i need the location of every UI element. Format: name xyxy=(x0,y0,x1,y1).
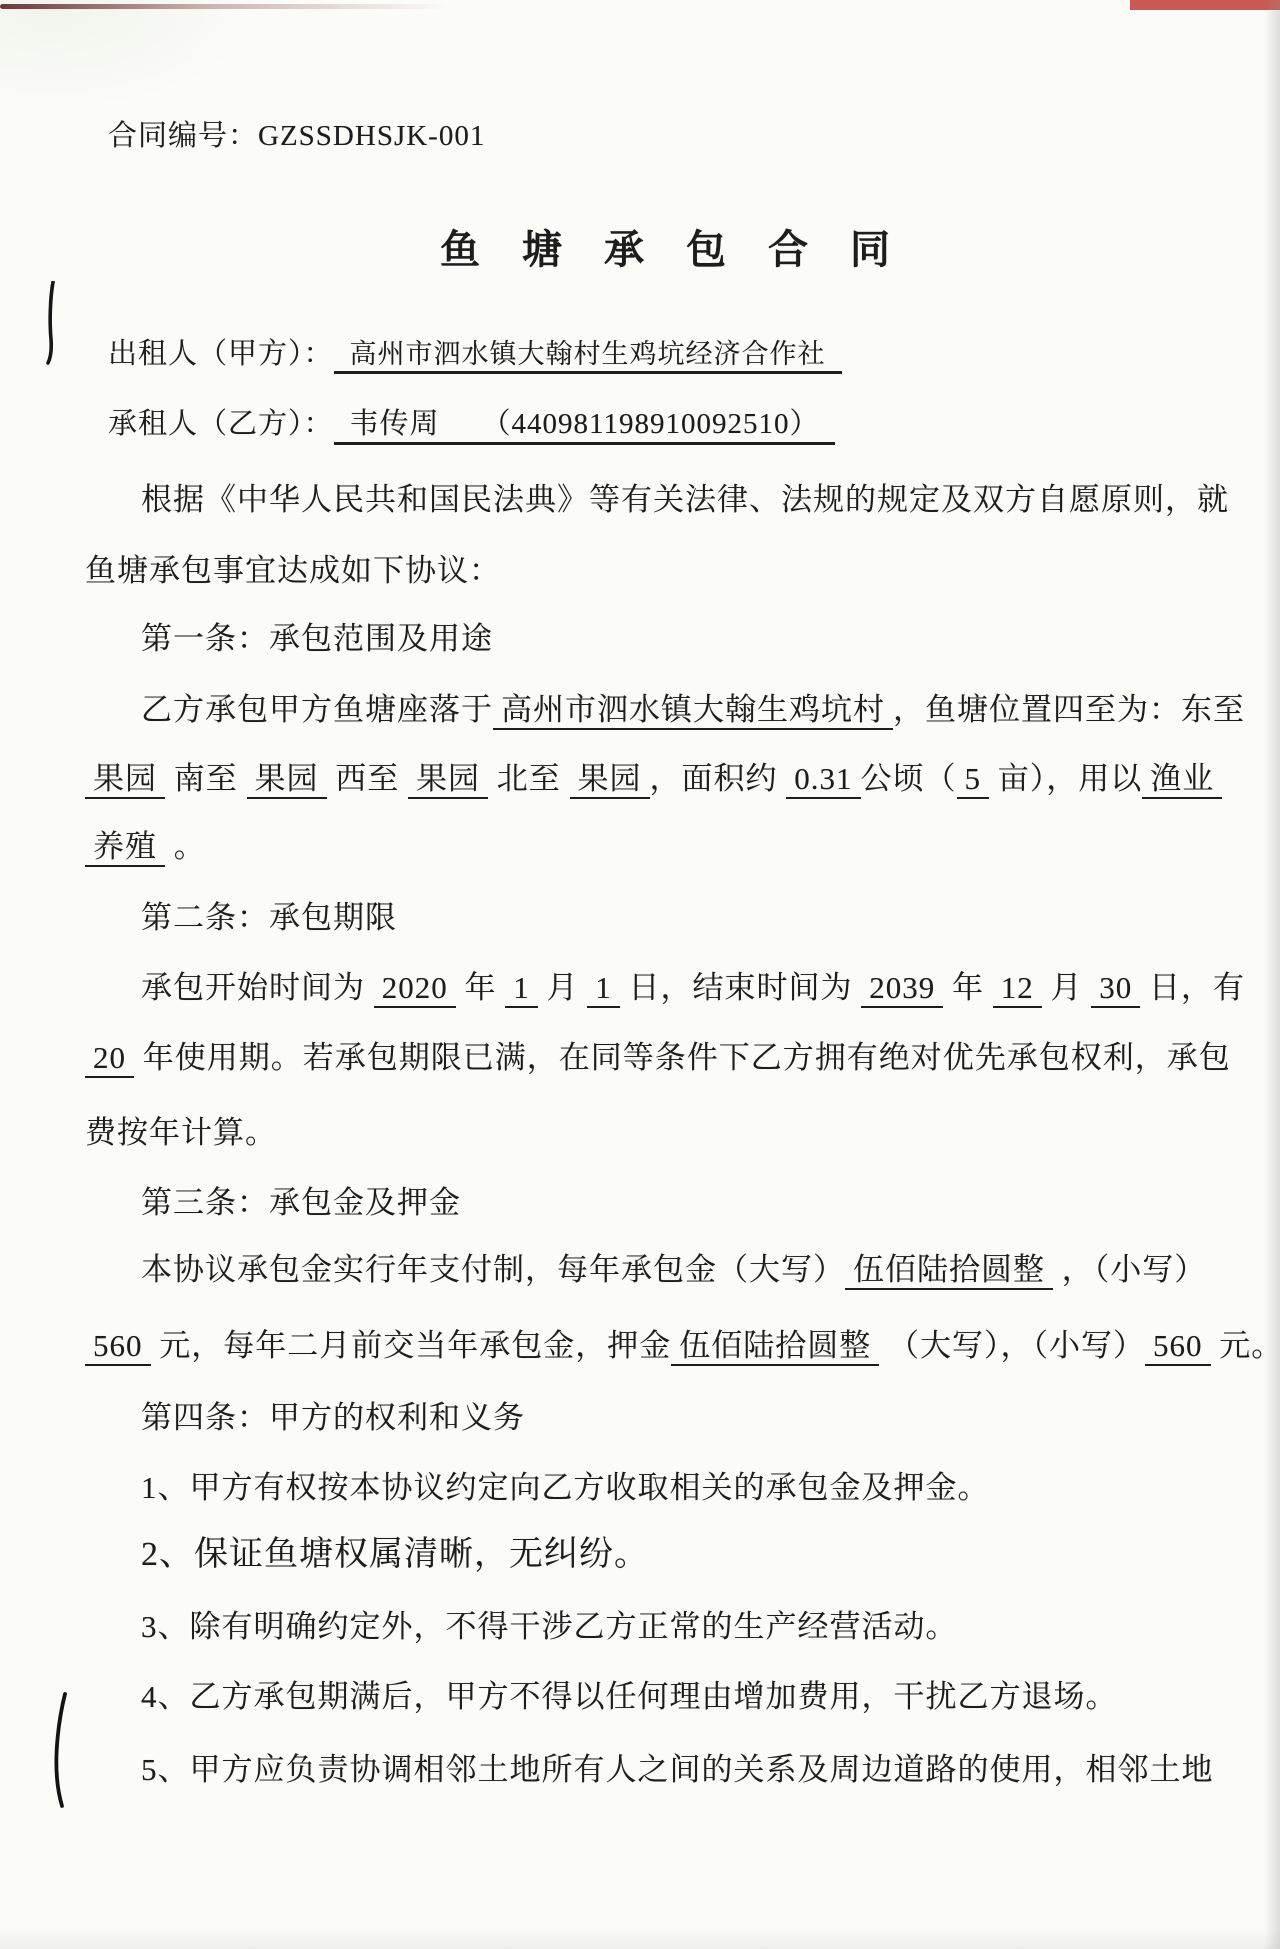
text-run: （大写），（小写） xyxy=(879,1328,1145,1363)
text-run: 西至 xyxy=(327,761,409,796)
contract-number-value: GZSSDHSJK-001 xyxy=(258,120,485,152)
article-4-heading: 第四条：甲方的权利和义务 xyxy=(85,1398,1240,1438)
filled-blank: 果园 xyxy=(85,761,165,799)
filled-blank: 0.31 xyxy=(786,761,860,799)
pen-stroke-mark-top xyxy=(46,281,58,370)
text-run: ，（小写） xyxy=(1053,1252,1206,1287)
party-a-row: 出租人（甲方）：高州市泗水镇大翰村生鸡坑经济合作社 xyxy=(108,336,1263,373)
text-run: 月 xyxy=(1042,970,1092,1005)
filled-blank: 高州市泗水镇大翰生鸡坑村 xyxy=(493,692,893,730)
article-3-heading: 第三条：承包金及押金 xyxy=(85,1183,1240,1223)
filled-blank: 果园 xyxy=(408,761,488,799)
text-run: 乙方承包甲方鱼塘座落于 xyxy=(141,692,493,727)
party-b-row: 承租人（乙方）：韦传周（440981198910092510） xyxy=(108,406,1263,443)
text-run: 日，结束时间为 xyxy=(620,970,862,1005)
scan-edge-mark-top-left xyxy=(0,4,448,9)
text-run: 年 xyxy=(456,970,506,1005)
pen-stroke-mark-bottom xyxy=(52,1692,68,1813)
contract-number-label: 合同编号： xyxy=(108,120,258,152)
article-1-line-2: 果园 南至 果园 西至 果园 北至 果园，面积约 0.31公顷（5 亩），用以渔… xyxy=(85,759,1240,799)
filled-blank: 1 xyxy=(505,970,538,1008)
filled-blank: 果园 xyxy=(247,761,327,799)
article-2-line-3: 费按年计算。 xyxy=(85,1113,1240,1153)
text-run: 日，有 xyxy=(1140,970,1245,1005)
text-run: 北至 xyxy=(488,761,570,796)
article-4-item-3: 3、除有明确约定外，不得干涉乙方正常的生产经营活动。 xyxy=(85,1607,1240,1647)
preamble-line-2: 鱼塘承包事宜达成如下协议： xyxy=(85,551,1240,591)
filled-blank: 5 xyxy=(957,761,990,799)
filled-blank: 渔业 xyxy=(1142,761,1222,799)
filled-blank: 20 xyxy=(85,1040,134,1078)
text-run: 元。 xyxy=(1211,1328,1280,1363)
filled-blank: 伍佰陆拾圆整 xyxy=(845,1252,1053,1290)
party-a-label: 出租人（甲方）： xyxy=(108,338,334,370)
party-b-filled-blank: 韦传周（440981198910092510） xyxy=(334,408,836,445)
filled-blank: 560 xyxy=(1145,1328,1211,1366)
article-4-item-4: 4、乙方承包期满后，甲方不得以任何理由增加费用，干扰乙方退场。 xyxy=(85,1677,1240,1717)
article-2-heading: 第二条：承包期限 xyxy=(85,898,1240,938)
text-run: 元，每年二月前交当年承包金，押金 xyxy=(151,1328,672,1363)
article-3-line-1: 本协议承包金实行年支付制，每年承包金（大写）伍佰陆拾圆整 ，（小写） xyxy=(85,1250,1240,1290)
filled-blank: 2020 xyxy=(374,970,456,1008)
text-run: ，面积约 xyxy=(650,761,787,796)
contract-page: 合同编号：GZSSDHSJK-001 鱼塘承包合同 出租人（甲方）：高州市泗水镇… xyxy=(0,0,1280,1949)
filled-blank: 果园 xyxy=(570,761,650,799)
filled-blank: 12 xyxy=(993,970,1042,1008)
article-4-item-5: 5、甲方应负责协调相邻土地所有人之间的关系及周边道路的使用，相邻土地 xyxy=(85,1750,1240,1790)
article-1-line-1: 乙方承包甲方鱼塘座落于高州市泗水镇大翰生鸡坑村，鱼塘位置四至为：东至 xyxy=(85,690,1240,730)
filled-blank: 养殖 xyxy=(85,829,165,867)
article-4-item-2: 2、保证鱼塘权属清晰，无纠纷。 xyxy=(85,1533,1240,1577)
article-2-line-1: 承包开始时间为 2020 年 1 月 1 日，结束时间为 2039 年 12 月… xyxy=(85,968,1240,1008)
scan-edge-shadow-bottom xyxy=(0,1929,1280,1949)
article-3-line-2: 560 元，每年二月前交当年承包金，押金伍佰陆拾圆整 （大写），（小写）560 … xyxy=(85,1326,1240,1366)
text-run: ，鱼塘位置四至为：东至 xyxy=(893,692,1245,727)
article-1-line-3: 养殖 。 xyxy=(85,827,1240,867)
filled-blank: 2039 xyxy=(861,970,943,1008)
text-run: 亩），用以 xyxy=(989,761,1142,796)
filled-blank: 1 xyxy=(587,970,620,1008)
filled-blank: 30 xyxy=(1091,970,1140,1008)
text-run: 公顷（ xyxy=(861,761,957,796)
article-1-heading: 第一条：承包范围及用途 xyxy=(85,619,1240,659)
party-a-filled-blank: 高州市泗水镇大翰村生鸡坑经济合作社 xyxy=(334,339,842,374)
article-4-item-1: 1、甲方有权按本协议约定向乙方收取相关的承包金及押金。 xyxy=(85,1468,1240,1508)
scan-edge-shadow-right xyxy=(1264,0,1280,1949)
scan-edge-mark-top-right xyxy=(1130,0,1280,10)
text-run: 南至 xyxy=(165,761,247,796)
article-2-line-2: 20 年使用期。若承包期限已满，在同等条件下乙方拥有绝对优先承包权利，承包 xyxy=(85,1038,1240,1078)
text-run: 年 xyxy=(943,970,993,1005)
text-run: 。 xyxy=(165,829,206,864)
contract-number-row: 合同编号：GZSSDHSJK-001 xyxy=(108,118,1263,155)
filled-blank: 560 xyxy=(85,1328,151,1366)
text-run: 承包开始时间为 xyxy=(141,970,374,1005)
party-b-name: 韦传周 xyxy=(350,408,440,440)
filled-blank: 伍佰陆拾圆整 xyxy=(671,1328,879,1366)
party-b-label: 承租人（乙方）： xyxy=(108,408,334,440)
party-b-id-number: （440981198910092510） xyxy=(482,408,820,440)
text-run: 年使用期。若承包期限已满，在同等条件下乙方拥有绝对优先承包权利，承包 xyxy=(134,1040,1231,1075)
text-run: 月 xyxy=(538,970,588,1005)
document-title: 鱼塘承包合同 xyxy=(440,218,932,275)
preamble-line-1: 根据《中华人民共和国民法典》等有关法律、法规的规定及双方自愿原则，就 xyxy=(85,480,1240,520)
scan-corner-tint xyxy=(0,0,260,110)
text-run: 本协议承包金实行年支付制，每年承包金（大写） xyxy=(141,1252,845,1287)
